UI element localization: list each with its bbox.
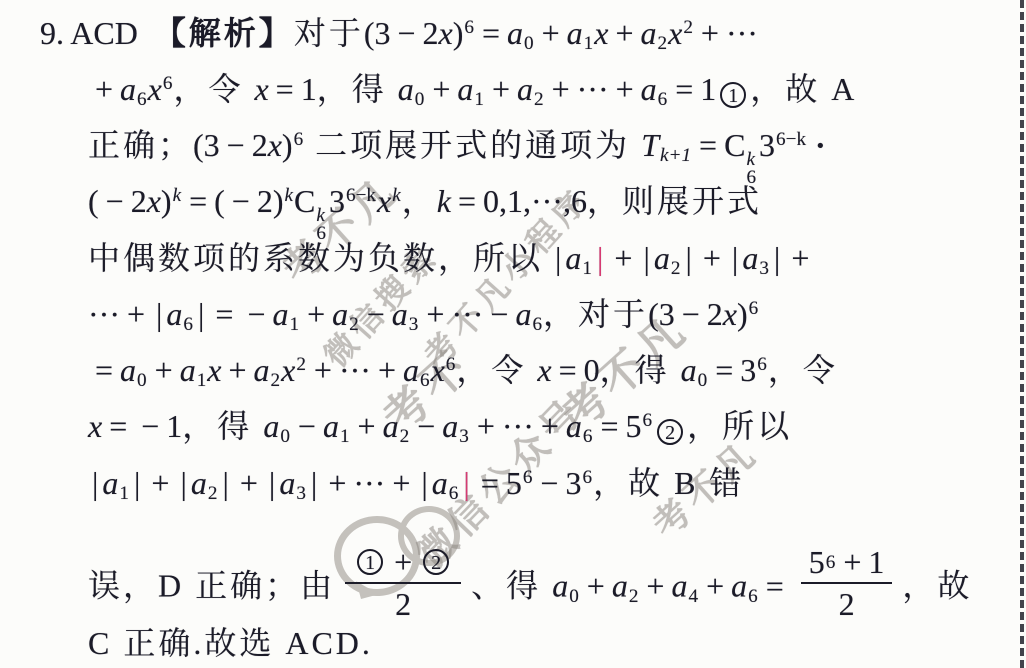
solution-line-8: x=−1，得 a0−a1+a2−a3+···+a6=562，所以 (88, 407, 792, 448)
text-segment: | (265, 465, 279, 501)
text-segment: a (166, 296, 182, 332)
text-segment: = (593, 408, 625, 444)
text-segment: | (593, 240, 607, 276)
text-segment: a (191, 465, 207, 501)
text-segment: ) (453, 15, 464, 51)
solution-line-10: 误，D 正确；由1+22、得 a0+a2+a4+a6=56+12，故 (88, 548, 972, 631)
text-segment: 0 (523, 33, 535, 54)
text-segment: 1 (289, 314, 301, 335)
text-segment: 6 (747, 586, 759, 607)
text-segment: + (535, 15, 567, 51)
text-segment: = (475, 15, 507, 51)
text-segment: | (307, 465, 321, 501)
text-segment: + (385, 465, 417, 501)
text-segment: 2 (670, 258, 682, 279)
text-segment: a (742, 240, 758, 276)
text-segment: 1 (473, 89, 485, 110)
solution-line-11: C 正确.故选 ACD. (88, 624, 373, 662)
text-segment: 6 (825, 551, 837, 574)
fraction-denominator: 2 (387, 584, 419, 624)
text-segment: + (148, 352, 180, 388)
text-segment: (3 (364, 15, 391, 51)
text-segment: 0 (279, 426, 291, 447)
text-segment: a (681, 352, 697, 388)
text-segment: | (543, 240, 565, 276)
text-segment: k (391, 185, 402, 206)
text-segment: x (88, 408, 102, 444)
text-segment: a (254, 352, 270, 388)
text-segment: a (507, 15, 523, 51)
text-segment: ，得 (182, 408, 263, 444)
text-segment: a (442, 408, 458, 444)
text-segment: 6 (463, 17, 475, 38)
text-segment: − (134, 408, 166, 444)
text-segment: | (88, 465, 102, 501)
text-segment: 1 (301, 71, 317, 107)
text-segment: 6 (748, 298, 760, 319)
text-segment: − (99, 183, 131, 219)
solution-line-5: 中偶数项的系数为负数，所以 |a1|+|a2|+|a3|+ (88, 239, 816, 280)
text-segment: k (437, 183, 451, 219)
text-segment: a (565, 240, 581, 276)
text-segment: 6 (182, 314, 194, 335)
text-segment: − (291, 408, 323, 444)
text-segment: (3 (648, 296, 675, 332)
text-segment: 2 (707, 296, 723, 332)
text-segment: ，对于 (543, 296, 648, 332)
text-segment: | (681, 240, 695, 276)
text-segment: − (533, 465, 565, 501)
text-segment: a (383, 408, 399, 444)
text-segment: | (459, 465, 473, 501)
text-segment: 2 (423, 15, 439, 51)
text-segment: k (172, 185, 183, 206)
text-segment: ，得 (600, 352, 681, 388)
text-segment: x (268, 127, 282, 163)
text-segment: ··· (726, 15, 758, 51)
text-segment: 1 (583, 33, 595, 54)
text-segment: 0 (414, 89, 426, 110)
text-segment: ，所以 (687, 408, 792, 444)
text-segment: = (182, 183, 214, 219)
text-segment: ··· (88, 296, 120, 332)
text-segment: + (300, 296, 332, 332)
text-segment: 6 (522, 467, 534, 488)
text-segment: + (144, 465, 176, 501)
text-segment: = (708, 352, 740, 388)
text-segment: ，令 (173, 71, 254, 107)
text-segment: | (130, 465, 144, 501)
text-segment: 5 (626, 408, 642, 444)
text-segment: 2 (252, 127, 268, 163)
text-segment: x (147, 183, 161, 219)
text-segment: ，得 (317, 71, 398, 107)
text-segment: a (731, 568, 747, 604)
scanned-answer-page: 考不凡微信搜索考不凡小程序考不凡考不微信公众号考不凡 9. ACD 【解析】对于… (0, 0, 1026, 668)
text-segment: T (641, 127, 659, 163)
text-segment: 2 (628, 586, 640, 607)
text-segment: a (612, 568, 628, 604)
scan-edge-dashed-line (1020, 0, 1024, 668)
text-segment: x (377, 183, 391, 219)
text-segment: = (208, 296, 240, 332)
text-segment: 6 (293, 129, 305, 150)
text-segment: a (567, 15, 583, 51)
text-segment: + (609, 71, 641, 107)
text-segment: = (552, 352, 584, 388)
solution-line-4: (−2x)k=(−2)kCk636−kxk，k=0,1,···,6，则展开式 (88, 182, 762, 243)
text-segment: + (696, 240, 728, 276)
text-segment: a (279, 465, 295, 501)
text-segment: 9. (40, 15, 70, 51)
text-segment: x (668, 15, 682, 51)
text-segment: a (641, 71, 657, 107)
text-segment: = (269, 71, 301, 107)
text-segment: 1 (196, 370, 208, 391)
text-segment: + (321, 465, 353, 501)
text-segment: 2) (257, 183, 284, 219)
text-segment: a (332, 296, 348, 332)
text-segment: − (410, 408, 442, 444)
text-segment: 2 (131, 183, 147, 219)
text-segment: + (221, 352, 253, 388)
text-segment: − (360, 296, 392, 332)
text-segment: 2 (682, 17, 694, 38)
text-segment: + (836, 543, 868, 581)
text-segment: 2 (657, 419, 683, 445)
text-segment: 1 (868, 543, 884, 581)
text-segment: 3 (759, 127, 775, 163)
text-segment: ··· (502, 408, 534, 444)
text-segment: + (608, 15, 640, 51)
text-segment: a (263, 408, 279, 444)
text-segment: a (273, 296, 289, 332)
text-segment: + (784, 240, 816, 276)
text-segment: x (431, 352, 445, 388)
text-segment: ··· (339, 352, 371, 388)
text-segment: ) (737, 296, 748, 332)
text-segment: 3 (458, 426, 470, 447)
text-segment: x (723, 296, 737, 332)
text-segment: + (545, 71, 577, 107)
text-segment: ( (88, 183, 99, 219)
text-segment: 0,1,···,6 (483, 183, 587, 219)
text-segment: 1 (118, 483, 130, 504)
text-segment: + (307, 352, 339, 388)
text-segment: · (807, 127, 826, 163)
text-segment: 2 (207, 483, 219, 504)
text-segment: 1 (357, 549, 383, 575)
text-segment (138, 15, 154, 51)
text-segment: + (485, 71, 517, 107)
text-segment: 2 (399, 426, 411, 447)
text-segment: + (371, 352, 403, 388)
text-segment: + (233, 465, 265, 501)
text-segment: = (668, 71, 700, 107)
text-segment: | (176, 465, 190, 501)
text-segment: 0 (584, 352, 600, 388)
text-segment: + (470, 408, 502, 444)
text-segment: − (220, 127, 252, 163)
text-segment: 、得 (471, 568, 552, 604)
text-segment: 3 (565, 465, 581, 501)
text-segment: ，令 (768, 352, 838, 388)
text-segment: 二项展开式的通项为 (304, 127, 641, 163)
text-segment: 1 (700, 71, 716, 107)
text-segment: 0 (697, 370, 709, 391)
text-segment: (3 (193, 127, 220, 163)
text-segment: = (692, 127, 724, 163)
text-segment: a (180, 352, 196, 388)
solution-line-6: ···+|a6|=−a1+a2−a3+···−a6，对于(3−2x)6 (88, 295, 759, 336)
text-segment: 1 (166, 408, 182, 444)
text-segment: + (351, 408, 383, 444)
text-segment: 3 (408, 314, 420, 335)
solution-line-7: =a0+a1x+a2x2+···+a6x6，令 x=0，得 a0=36，令 (88, 351, 838, 392)
text-segment: 3 (295, 483, 307, 504)
text-segment: a (403, 352, 419, 388)
text-segment: C 正确.故选 ACD. (88, 625, 373, 661)
text-segment: 对于 (294, 15, 364, 51)
text-segment: 6 (531, 314, 543, 335)
math-fraction: 1+22 (345, 542, 461, 625)
text-segment: a (432, 465, 448, 501)
text-segment: x (207, 352, 221, 388)
text-segment: + (425, 71, 457, 107)
text-segment: | (417, 465, 431, 501)
text-segment: 6 (642, 410, 654, 431)
text-segment: 6 (136, 89, 148, 110)
text-segment: 2 (423, 549, 449, 575)
text-segment: − (390, 15, 422, 51)
text-segment: a (398, 71, 414, 107)
text-segment: a (323, 408, 339, 444)
text-segment: = (759, 568, 791, 604)
text-segment: 0 (568, 586, 580, 607)
text-segment: k+1 (659, 145, 692, 166)
text-segment: a (641, 15, 657, 51)
text-segment: 4 (687, 586, 699, 607)
text-segment: − (225, 183, 257, 219)
text-segment: 中偶数项的系数为负数，所以 (88, 240, 543, 276)
text-segment: a (654, 240, 670, 276)
math-sup-sub-stack: k6 (316, 207, 326, 243)
text-segment: + (534, 408, 566, 444)
fraction-numerator: 56+1 (801, 542, 893, 584)
text-segment: 2 (533, 89, 545, 110)
text-segment: 2 (839, 585, 855, 623)
text-segment: | (770, 240, 784, 276)
text-segment: a (566, 408, 582, 444)
text-segment: 2 (657, 33, 669, 54)
text-segment: | (218, 465, 232, 501)
text-segment: ) (282, 127, 293, 163)
text-segment: 【解析】 (154, 15, 294, 51)
text-segment: 6 (419, 370, 431, 391)
text-segment: 6 (582, 426, 594, 447)
fraction-denominator: 2 (831, 584, 863, 624)
text-segment: a (392, 296, 408, 332)
solution-line-2: +a6x6，令 x=1，得 a0+a1+a2+···+a6=11，故 A (88, 70, 857, 111)
text-segment: x (254, 71, 268, 107)
text-segment: 6 (581, 467, 593, 488)
text-segment: ，则展开式 (587, 183, 762, 219)
text-segment: a (671, 568, 687, 604)
text-segment: 3 (758, 258, 770, 279)
solution-line-9: |a1|+|a2|+|a3|+···+|a6|=56−36，故 B 错 (88, 464, 744, 505)
text-segment: 6 (448, 483, 460, 504)
text-segment: ， (402, 183, 437, 219)
text-segment: 6 (445, 354, 457, 375)
text-segment: + (580, 568, 612, 604)
text-segment: 1 (720, 82, 746, 108)
text-segment: + (607, 240, 639, 276)
text-segment: C (294, 183, 315, 219)
text-segment: 0 (136, 370, 148, 391)
text-segment: x (439, 15, 453, 51)
text-segment: 2 (348, 314, 360, 335)
text-segment: − (675, 296, 707, 332)
text-segment: x (281, 352, 295, 388)
text-segment: 6−k (345, 185, 377, 206)
text-segment: x (537, 352, 551, 388)
text-segment: + (419, 296, 451, 332)
solution-line-3: 正确；(3−2x)6 二项展开式的通项为 Tk+1=Ck636−k · (88, 126, 826, 187)
text-segment: k (284, 185, 295, 206)
text-segment: + (120, 296, 152, 332)
text-segment: 1 (339, 426, 351, 447)
text-segment: a (552, 568, 568, 604)
text-segment: ··· (577, 71, 609, 107)
text-segment: = (88, 352, 120, 388)
text-segment: − (483, 296, 515, 332)
text-segment: 3 (329, 183, 345, 219)
text-segment: 2 (395, 585, 411, 623)
text-segment: 误，D 正确；由 (88, 568, 335, 604)
text-segment: ( (214, 183, 225, 219)
text-segment: ACD (70, 15, 138, 51)
text-segment: ，故 (902, 568, 972, 604)
text-segment: a (102, 465, 118, 501)
text-segment: | (194, 296, 208, 332)
solution-line-1: 9. ACD 【解析】对于(3−2x)6=a0+a1x+a2x2+··· (40, 14, 758, 55)
text-segment: ，令 (456, 352, 537, 388)
text-segment: ，故 B 错 (593, 465, 744, 501)
text-segment: a (120, 352, 136, 388)
fraction-numerator: 1+2 (345, 542, 461, 584)
text-segment: 2 (295, 354, 307, 375)
text-segment: + (88, 71, 120, 107)
text-segment: | (639, 240, 653, 276)
text-segment: 6 (162, 73, 174, 94)
text-segment: ··· (353, 465, 385, 501)
text-segment: 6 (756, 354, 768, 375)
text-segment: + (387, 543, 419, 581)
text-segment: 6 (657, 89, 669, 110)
text-segment: x (594, 15, 608, 51)
text-segment: ，故 A (750, 71, 857, 107)
text-segment: a (120, 71, 136, 107)
text-segment: | (728, 240, 742, 276)
text-segment: ··· (451, 296, 483, 332)
text-segment: x (148, 71, 162, 107)
math-fraction: 56+12 (801, 542, 893, 625)
text-segment: 2 (270, 370, 282, 391)
text-segment: a (457, 71, 473, 107)
text-segment: a (517, 71, 533, 107)
text-segment: | (152, 296, 166, 332)
text-segment: = (474, 465, 506, 501)
text-segment: + (639, 568, 671, 604)
text-segment: 1 (581, 258, 593, 279)
text-segment: = (451, 183, 483, 219)
text-segment: C (724, 127, 745, 163)
text-segment: − (240, 296, 272, 332)
text-segment: + (694, 15, 726, 51)
text-segment: + (699, 568, 731, 604)
text-segment: = (102, 408, 134, 444)
text-segment: 正确； (88, 127, 193, 163)
text-segment: 5 (506, 465, 522, 501)
text-segment: 5 (809, 543, 825, 581)
text-segment: a (515, 296, 531, 332)
text-segment: ) (161, 183, 172, 219)
text-segment: 6−k (775, 129, 807, 150)
text-segment: 3 (740, 352, 756, 388)
